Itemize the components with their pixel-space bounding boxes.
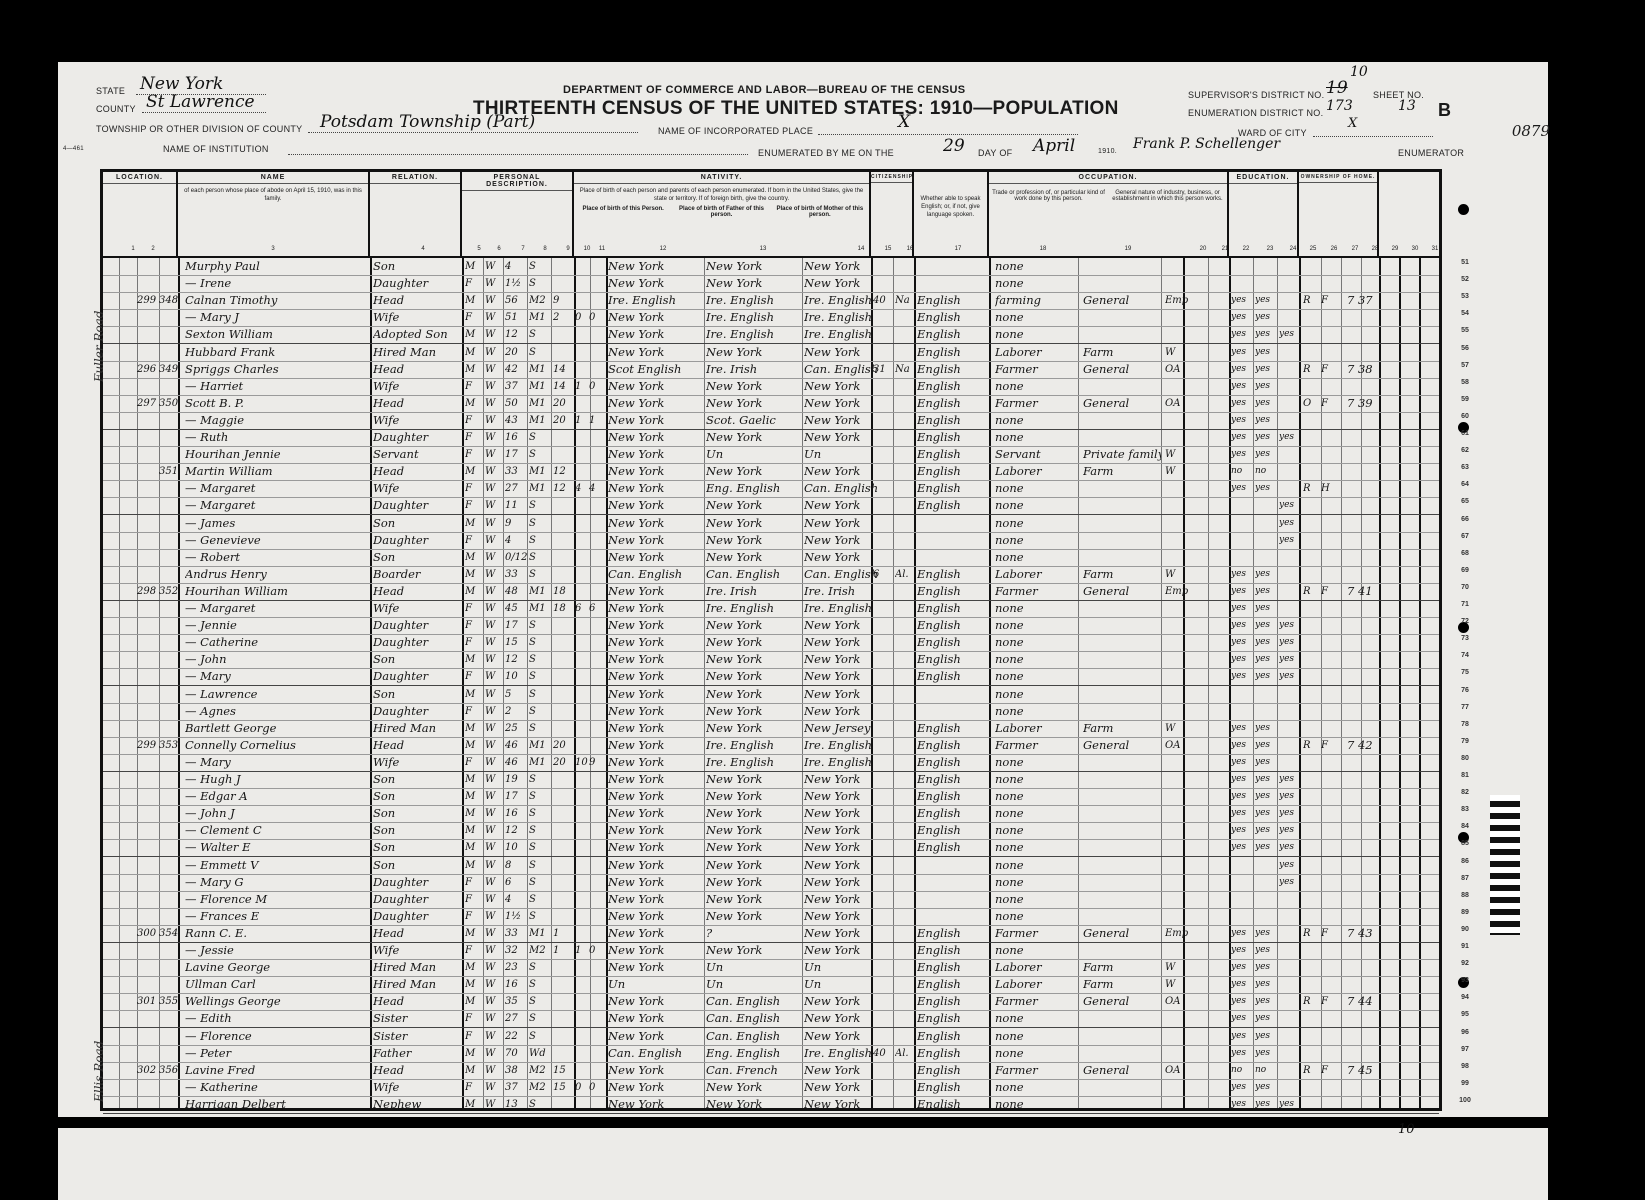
cell-write: yes — [1255, 805, 1279, 822]
cell-trade: Laborer — [995, 720, 1080, 737]
cell-cit — [895, 617, 917, 634]
cell-age: 4 — [505, 258, 529, 275]
cell-immig — [873, 309, 895, 326]
cell-sched — [1347, 634, 1387, 651]
cell-lang: English — [917, 497, 989, 514]
table-row: 351Martin WilliamHeadMW33M112New YorkNew… — [103, 463, 1439, 481]
cell-race: W — [485, 754, 505, 771]
cell-read: yes — [1231, 822, 1255, 839]
cell-race: W — [485, 857, 505, 874]
cell-farm — [1321, 326, 1339, 343]
cell-born — [575, 275, 589, 292]
cell-marital: S — [529, 1096, 553, 1113]
cell-sched — [1347, 497, 1387, 514]
table-row: — JennieDaughterFW17SNew YorkNew YorkNew… — [103, 617, 1439, 635]
cell-school — [1279, 395, 1299, 412]
line-number: 60 — [1453, 413, 1477, 420]
cell-read: yes — [1231, 1028, 1255, 1045]
cell-read: yes — [1231, 651, 1255, 668]
cell-relation: Sister — [373, 1028, 463, 1045]
cell-race: W — [485, 942, 505, 959]
cell-marital: S — [529, 549, 553, 566]
cell-immig — [873, 583, 895, 600]
cell-emp — [1165, 515, 1225, 532]
cell-race: W — [485, 412, 505, 429]
cell-race: W — [485, 395, 505, 412]
cell-immig — [873, 275, 895, 292]
cell-relation: Son — [373, 839, 463, 856]
cell-trade: none — [995, 857, 1080, 874]
cell-cit — [895, 463, 917, 480]
cell-living — [589, 549, 603, 566]
cell-living — [589, 275, 603, 292]
cell-read — [1231, 703, 1255, 720]
cell-years-married — [553, 839, 573, 856]
cell-sched — [1347, 600, 1387, 617]
cell-father: Un — [706, 446, 804, 463]
table-row: — JamesSonMW9SNew YorkNew YorkNew Yorkno… — [103, 515, 1439, 533]
cell-industry: Farm — [1083, 720, 1161, 737]
cell-trade: Servant — [995, 446, 1080, 463]
cell-sched — [1347, 668, 1387, 685]
cell-name: — Emmett V — [185, 857, 375, 874]
table-row: — MaryWifeFW46M120109New YorkIre. Englis… — [103, 754, 1439, 772]
cell-relation: Nephew — [373, 1096, 463, 1113]
cell-name: Spriggs Charles — [185, 361, 375, 378]
supervisor-label: SUPERVISOR'S DISTRICT NO. — [1188, 90, 1324, 100]
line-number: 51 — [1453, 259, 1477, 266]
cell-write: yes — [1255, 617, 1279, 634]
cell-sex: M — [465, 976, 485, 993]
cell-school — [1279, 463, 1299, 480]
cell-name: — Jessie — [185, 942, 375, 959]
cell-birth: New York — [608, 822, 706, 839]
cell-marital: S — [529, 446, 553, 463]
line-number: 87 — [1453, 875, 1477, 882]
cell-marital: M1 — [529, 395, 553, 412]
cell-age: 6 — [505, 874, 529, 891]
cell-cit — [895, 976, 917, 993]
cell-born: 0 — [575, 309, 589, 326]
cell-farm: F — [1321, 925, 1339, 942]
cell-years-married — [553, 788, 573, 805]
cell-school — [1279, 891, 1299, 908]
cell-own — [1303, 959, 1321, 976]
cell-school: yes — [1279, 515, 1299, 532]
line-number: 98 — [1453, 1063, 1477, 1070]
cell-father: Can. English — [706, 1010, 804, 1027]
cell-read: yes — [1231, 737, 1255, 754]
cell-read — [1231, 549, 1255, 566]
table-row: Sexton WilliamAdopted SonMW12SNew YorkIr… — [103, 326, 1439, 344]
cell-relation: Wife — [373, 378, 463, 395]
cell-sex: M — [465, 771, 485, 788]
table-row: — KatherineWifeFW37M21500New YorkNew Yor… — [103, 1079, 1439, 1097]
cell-own — [1303, 326, 1321, 343]
cell-living — [589, 651, 603, 668]
cell-write: yes — [1255, 583, 1279, 600]
name-header: NAMEof each person whose place of abode … — [178, 172, 370, 256]
cell-living: 1 — [589, 412, 603, 429]
cell-race: W — [485, 378, 505, 395]
cell-lang: English — [917, 1028, 989, 1045]
cell-cit: Al. — [895, 566, 917, 583]
cell-trade: none — [995, 617, 1080, 634]
cell-immig — [873, 874, 895, 891]
line-number: 59 — [1453, 396, 1477, 403]
cell-read: yes — [1231, 361, 1255, 378]
cell-years-married — [553, 720, 573, 737]
township-label: TOWNSHIP OR OTHER DIVISION OF COUNTY — [96, 124, 302, 134]
cell-own — [1303, 549, 1321, 566]
cell-sex: M — [465, 857, 485, 874]
line-number: 81 — [1453, 772, 1477, 779]
cell-years-married: 18 — [553, 600, 573, 617]
cell-sched: 7 44 — [1347, 993, 1387, 1010]
cell-read: yes — [1231, 309, 1255, 326]
cell-school: yes — [1279, 326, 1299, 343]
cell-write — [1255, 497, 1279, 514]
cell-living — [589, 463, 603, 480]
cell-emp — [1165, 686, 1225, 703]
cell-own — [1303, 378, 1321, 395]
cell-immig — [873, 720, 895, 737]
cell-age: 15 — [505, 634, 529, 651]
cell-lang: English — [917, 1010, 989, 1027]
cell-own — [1303, 515, 1321, 532]
cell-emp: OA — [1165, 737, 1225, 754]
table-row: — Frances EDaughterFW1½SNew YorkNew York… — [103, 908, 1439, 926]
cell-emp — [1165, 532, 1225, 549]
cell-born — [575, 515, 589, 532]
cell-race: W — [485, 1028, 505, 1045]
line-number: 82 — [1453, 789, 1477, 796]
cell-farm — [1321, 942, 1339, 959]
cell-emp: W — [1165, 720, 1225, 737]
cell-industry — [1083, 515, 1161, 532]
cell-industry — [1083, 686, 1161, 703]
cell-race: W — [485, 463, 505, 480]
cell-father: Can. English — [706, 1028, 804, 1045]
cell-marital: M1 — [529, 480, 553, 497]
cell-school — [1279, 361, 1299, 378]
cell-trade: none — [995, 480, 1080, 497]
cell-born: 1 — [575, 412, 589, 429]
cell-race: W — [485, 275, 505, 292]
cell-marital: S — [529, 275, 553, 292]
cell-immig — [873, 480, 895, 497]
cell-name: — Katherine — [185, 1079, 375, 1096]
cell-name: — Irene — [185, 275, 375, 292]
occupation-header: OCCUPATION. Trade or profession of, or p… — [989, 172, 1229, 256]
cell-living — [589, 583, 603, 600]
cell-sex: M — [465, 805, 485, 822]
cell-cit — [895, 326, 917, 343]
cell-immig — [873, 258, 895, 275]
cell-industry — [1083, 839, 1161, 856]
cell-relation: Hired Man — [373, 959, 463, 976]
cell-emp — [1165, 258, 1225, 275]
table-row: — HarrietWifeFW37M11410New YorkNew YorkN… — [103, 378, 1439, 396]
cell-lang: English — [917, 378, 989, 395]
cell-industry — [1083, 874, 1161, 891]
cell-read: yes — [1231, 292, 1255, 309]
cell-living — [589, 395, 603, 412]
cell-race: W — [485, 720, 505, 737]
table-row: 299348Calnan TimothyHeadMW56M29Ire. Engl… — [103, 292, 1439, 310]
cell-years-married — [553, 857, 573, 874]
cell-write: yes — [1255, 480, 1279, 497]
cell-lang: English — [917, 326, 989, 343]
cell-cit — [895, 497, 917, 514]
cell-immig — [873, 497, 895, 514]
cell-farm — [1321, 463, 1339, 480]
cell-school: yes — [1279, 532, 1299, 549]
cell-own — [1303, 686, 1321, 703]
cell-trade: none — [995, 1096, 1080, 1113]
cell-birth: Ire. English — [608, 292, 706, 309]
cell-emp — [1165, 412, 1225, 429]
cell-years-married: 15 — [553, 1079, 573, 1096]
cell-relation: Daughter — [373, 891, 463, 908]
cell-father: New York — [706, 805, 804, 822]
cell-cit — [895, 395, 917, 412]
cell-born — [575, 959, 589, 976]
line-number: 66 — [1453, 516, 1477, 523]
cell-born — [575, 976, 589, 993]
cell-own — [1303, 1096, 1321, 1113]
cell-emp — [1165, 822, 1225, 839]
cell-lang — [917, 891, 989, 908]
cell-sex: F — [465, 480, 485, 497]
cell-marital: M1 — [529, 378, 553, 395]
cell-living: 0 — [589, 1079, 603, 1096]
cell-read: yes — [1231, 1045, 1255, 1062]
cell-own — [1303, 668, 1321, 685]
line-number: 94 — [1453, 994, 1477, 1001]
cell-own: O — [1303, 395, 1321, 412]
cell-born — [575, 463, 589, 480]
cell-father: Un — [706, 976, 804, 993]
cell-living — [589, 515, 603, 532]
page-stamp: 0879 — [1512, 122, 1550, 140]
cell-sex: F — [465, 754, 485, 771]
cell-emp — [1165, 703, 1225, 720]
binding-hole — [1458, 204, 1469, 215]
cell-industry — [1083, 429, 1161, 446]
cell-living: 6 — [589, 600, 603, 617]
cell-cit — [895, 686, 917, 703]
cell-age: 35 — [505, 993, 529, 1010]
line-number: 72 — [1453, 618, 1477, 625]
cell-birth: New York — [608, 600, 706, 617]
enumerator-name: Frank P. Schellenger — [1133, 136, 1280, 152]
cell-own — [1303, 805, 1321, 822]
cell-school — [1279, 1079, 1299, 1096]
cell-lang: English — [917, 617, 989, 634]
cell-read: yes — [1231, 993, 1255, 1010]
table-row: 296349Spriggs CharlesHeadMW42M114Scot En… — [103, 361, 1439, 379]
cell-race: W — [485, 891, 505, 908]
cell-years-married — [553, 532, 573, 549]
cell-sched — [1347, 1028, 1387, 1045]
cell-years-married — [553, 959, 573, 976]
cell-sex: M — [465, 395, 485, 412]
cell-father: New York — [706, 515, 804, 532]
cell-industry: General — [1083, 292, 1161, 309]
cell-farm — [1321, 857, 1339, 874]
cell-relation: Son — [373, 788, 463, 805]
cell-immig — [873, 822, 895, 839]
cell-lang: English — [917, 429, 989, 446]
table-row: Hubbard FrankHired ManMW20SNew YorkNew Y… — [103, 344, 1439, 362]
cell-farm — [1321, 788, 1339, 805]
cell-lang: English — [917, 925, 989, 942]
cell-trade: none — [995, 326, 1080, 343]
line-number: 92 — [1453, 960, 1477, 967]
cell-farm — [1321, 1045, 1339, 1062]
cell-sex: F — [465, 600, 485, 617]
cell-emp: Emp — [1165, 925, 1225, 942]
cell-farm — [1321, 703, 1339, 720]
line-number: 65 — [1453, 498, 1477, 505]
line-number: 73 — [1453, 635, 1477, 642]
cell-sex: M — [465, 463, 485, 480]
cell-birth: New York — [608, 942, 706, 959]
cell-relation: Adopted Son — [373, 326, 463, 343]
cell-name: — Edith — [185, 1010, 375, 1027]
cell-living — [589, 497, 603, 514]
cell-sched — [1347, 805, 1387, 822]
cell-living — [589, 703, 603, 720]
cell-industry — [1083, 549, 1161, 566]
enumeration-value: 173 — [1326, 98, 1353, 114]
cell-industry: Private family — [1083, 446, 1161, 463]
cell-marital: S — [529, 617, 553, 634]
cell-living — [589, 925, 603, 942]
cell-trade: none — [995, 942, 1080, 959]
cell-father: New York — [706, 668, 804, 685]
cell-living — [589, 1096, 603, 1113]
cell-name: — John J — [185, 805, 375, 822]
cell-own — [1303, 874, 1321, 891]
cell-industry — [1083, 326, 1161, 343]
cell-born: 6 — [575, 600, 589, 617]
cell-age: 19 — [505, 771, 529, 788]
cell-lang: English — [917, 737, 989, 754]
cell-father: New York — [706, 1096, 804, 1113]
cell-sex: M — [465, 720, 485, 737]
cell-sched — [1347, 429, 1387, 446]
cell-write: yes — [1255, 309, 1279, 326]
cell-school: yes — [1279, 788, 1299, 805]
cell-race: W — [485, 805, 505, 822]
cell-age: 8 — [505, 857, 529, 874]
cell-write: yes — [1255, 959, 1279, 976]
cell-born — [575, 668, 589, 685]
cell-living — [589, 532, 603, 549]
cell-birth: New York — [608, 463, 706, 480]
cell-years-married: 20 — [553, 395, 573, 412]
cell-born — [575, 446, 589, 463]
line-number: 86 — [1453, 858, 1477, 865]
cell-name: Lavine Fred — [185, 1062, 375, 1079]
cell-years-married: 20 — [553, 737, 573, 754]
cell-own — [1303, 788, 1321, 805]
cell-age: 10 — [505, 839, 529, 856]
incorporated-label: NAME OF INCORPORATED PLACE — [658, 126, 813, 136]
cell-emp: W — [1165, 344, 1225, 361]
cell-farm — [1321, 686, 1339, 703]
footer-mark: 10 — [1398, 1122, 1415, 1137]
line-number: 56 — [1453, 345, 1477, 352]
cell-sched — [1347, 651, 1387, 668]
cell-race: W — [485, 292, 505, 309]
cell-relation: Wife — [373, 600, 463, 617]
cell-own: R — [1303, 583, 1321, 600]
cell-relation: Son — [373, 258, 463, 275]
cell-age: 45 — [505, 600, 529, 617]
cell-write: yes — [1255, 395, 1279, 412]
cell-sex: F — [465, 446, 485, 463]
cell-sex: M — [465, 515, 485, 532]
cell-trade: Farmer — [995, 395, 1080, 412]
cell-cit — [895, 822, 917, 839]
cell-living — [589, 771, 603, 788]
cell-sched — [1347, 549, 1387, 566]
cell-age: 4 — [505, 532, 529, 549]
table-row: — CatherineDaughterFW15SNew YorkNew York… — [103, 634, 1439, 652]
cell-age: 25 — [505, 720, 529, 737]
cell-industry — [1083, 908, 1161, 925]
cell-name: Harrigan Delbert — [185, 1096, 375, 1113]
cell-immig: 31 — [873, 361, 895, 378]
cell-industry — [1083, 634, 1161, 651]
cell-trade: Farmer — [995, 925, 1080, 942]
cell-age: 1½ — [505, 275, 529, 292]
cell-trade: none — [995, 1010, 1080, 1027]
cell-lang: English — [917, 600, 989, 617]
cell-sex: M — [465, 651, 485, 668]
cell-name: — Mary J — [185, 309, 375, 326]
cell-industry — [1083, 258, 1161, 275]
cell-born — [575, 703, 589, 720]
language-header: Whether able to speak English; or, if no… — [914, 172, 989, 256]
line-number: 96 — [1453, 1029, 1477, 1036]
line-number: 55 — [1453, 327, 1477, 334]
cell-years-married — [553, 617, 573, 634]
table-row: — MaggieWifeFW43M12011New YorkScot. Gael… — [103, 412, 1439, 430]
ward-value: X — [1348, 116, 1357, 131]
line-number: 68 — [1453, 550, 1477, 557]
cell-name: Hourihan William — [185, 583, 375, 600]
cell-trade: Laborer — [995, 463, 1080, 480]
line-number: 100 — [1453, 1097, 1477, 1104]
cell-race: W — [485, 344, 505, 361]
cell-school — [1279, 446, 1299, 463]
cell-cit: Al. — [895, 1045, 917, 1062]
state-label: STATE — [96, 86, 125, 96]
cell-father: Ire. English — [706, 326, 804, 343]
cell-name: Calnan Timothy — [185, 292, 375, 309]
line-number: 67 — [1453, 533, 1477, 540]
cell-own — [1303, 1010, 1321, 1027]
cell-age: 4 — [505, 891, 529, 908]
cell-write: yes — [1255, 361, 1279, 378]
cell-marital: M2 — [529, 1079, 553, 1096]
cell-sched — [1347, 1096, 1387, 1113]
cell-name: — Agnes — [185, 703, 375, 720]
